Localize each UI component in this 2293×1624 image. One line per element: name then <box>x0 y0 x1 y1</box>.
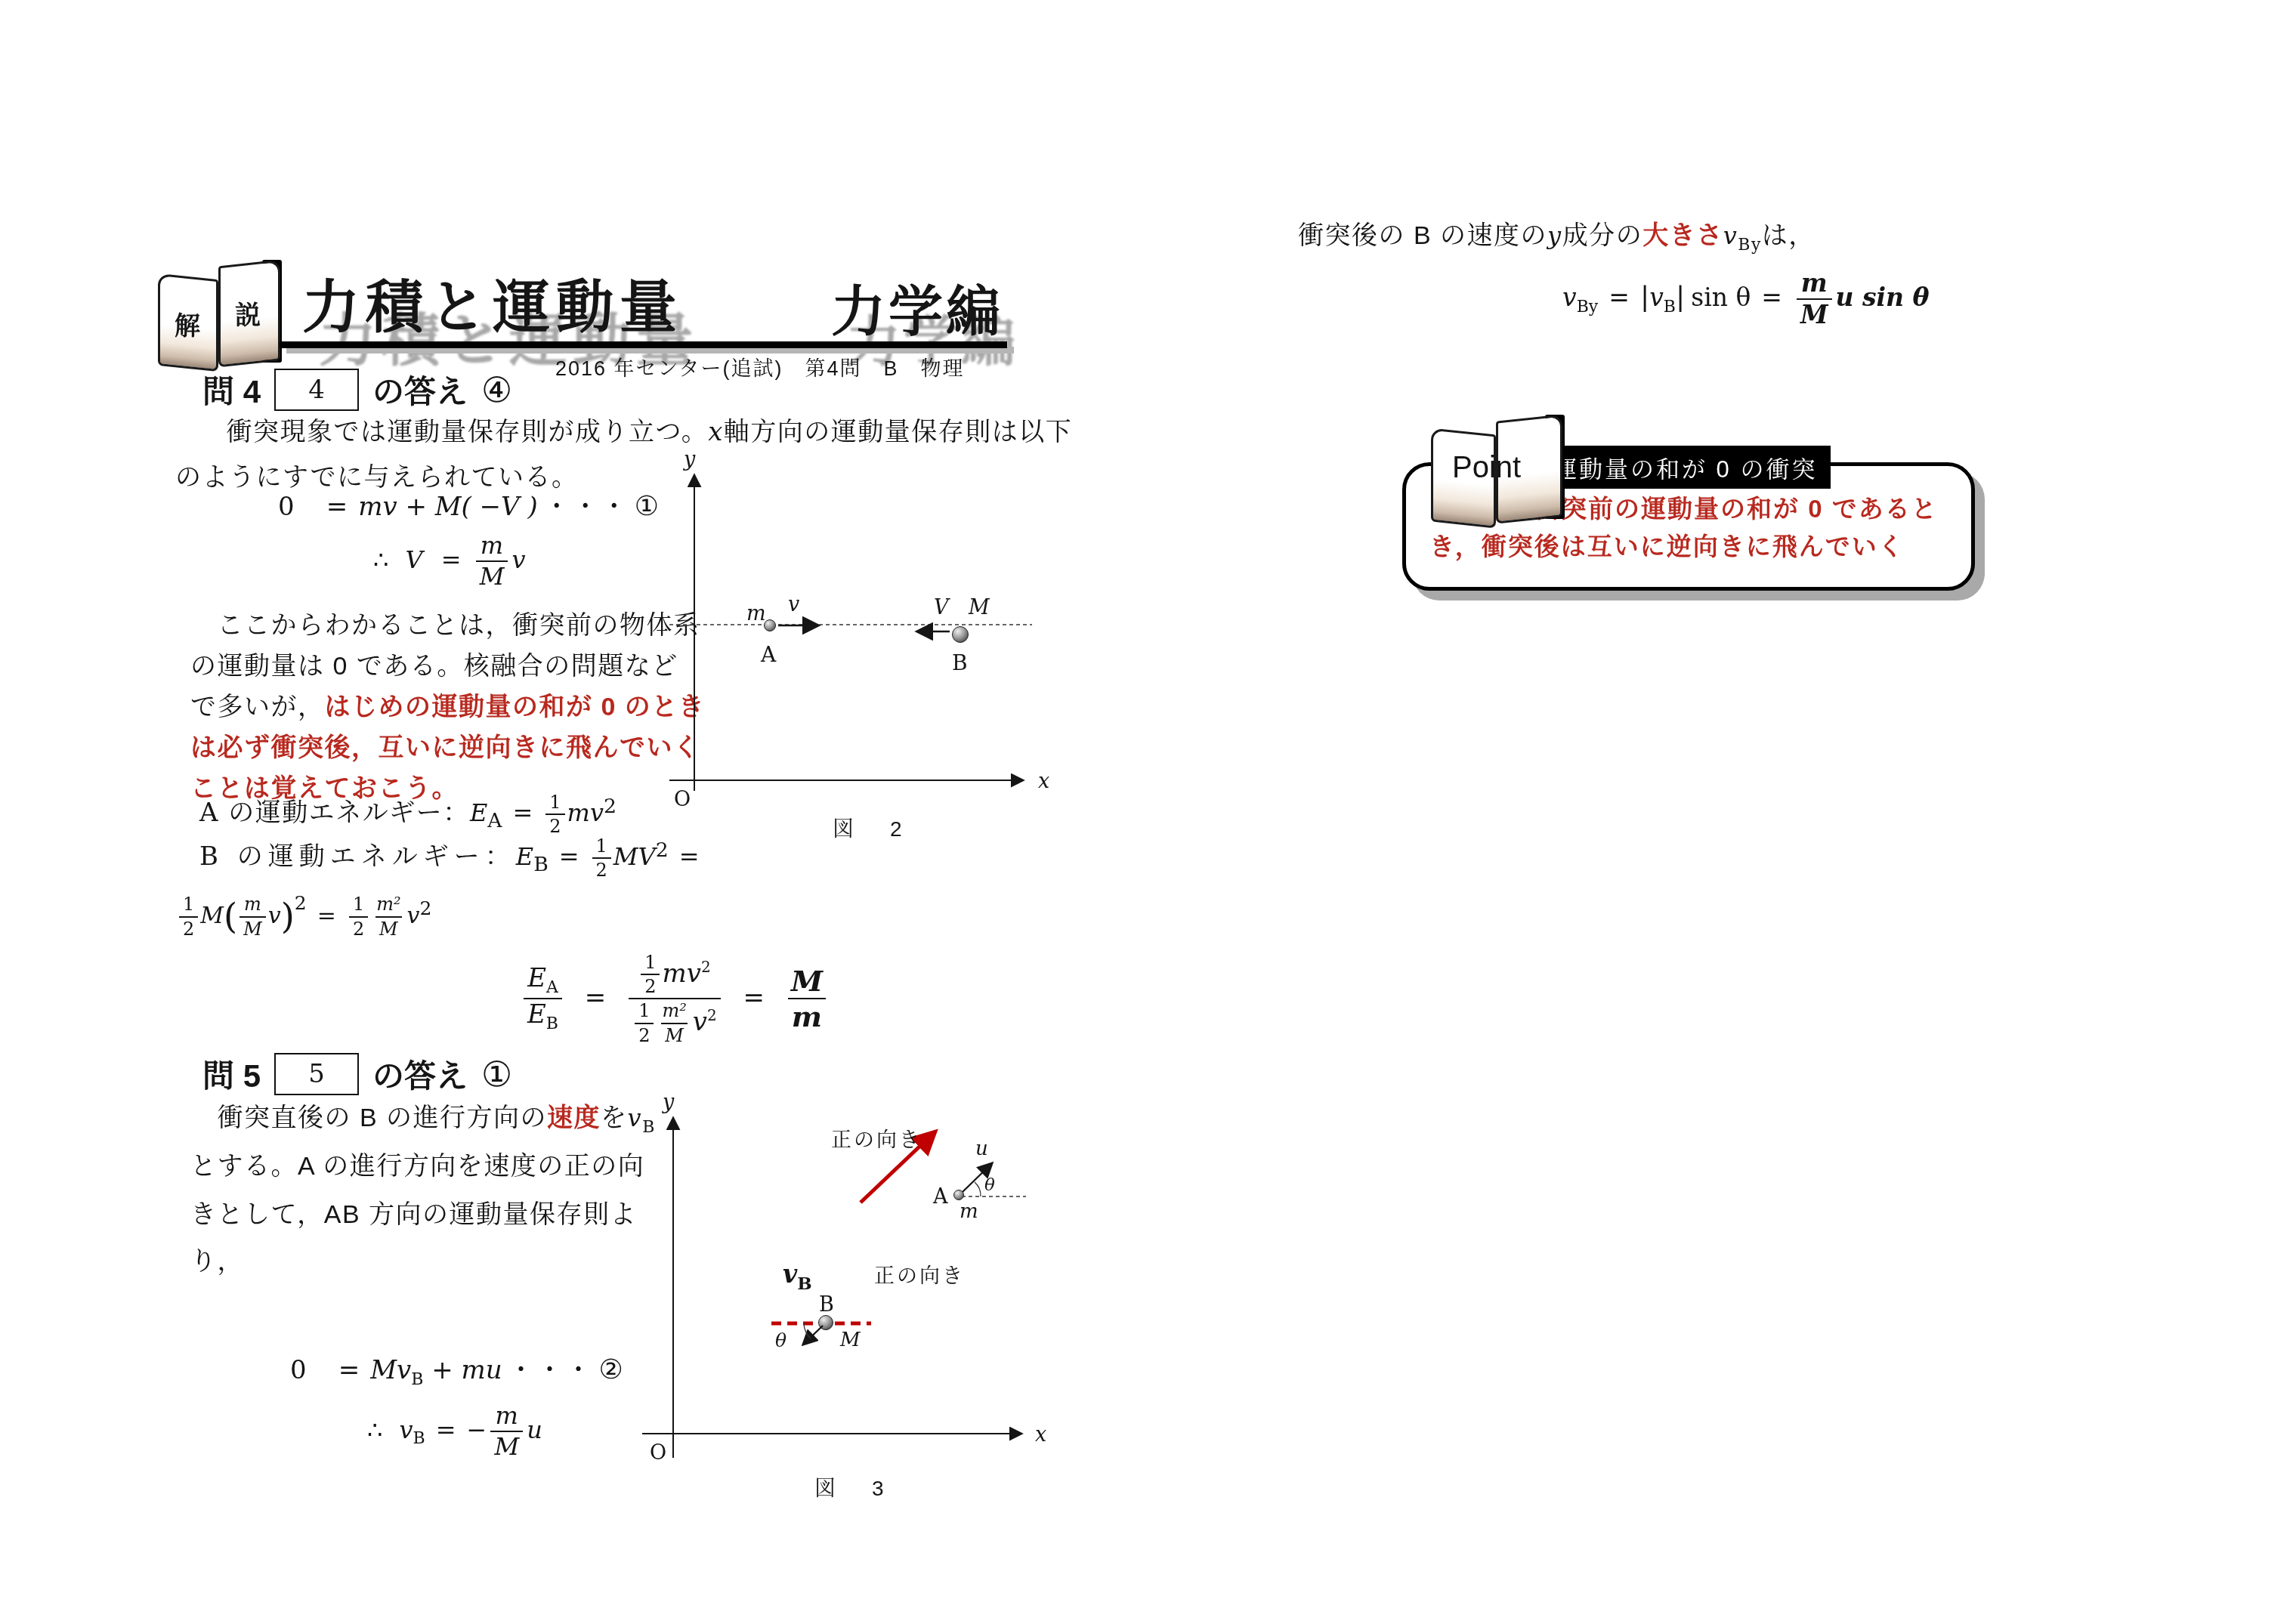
ratio-equals2: = <box>743 983 765 1013</box>
equation-energy-B: B の運動エネルギー：EB=12MV2= <box>199 837 710 880</box>
fig2-caption: 図 2 <box>833 817 910 841</box>
q5-suffix: の答え <box>372 1051 468 1097</box>
equation-momentum-x: 0=mv + M( −V )・・・① <box>278 491 659 522</box>
fig3-caption: 図 3 <box>814 1477 892 1500</box>
right-l1-c: は， <box>1762 221 1816 250</box>
q5eq2-v: v <box>400 1416 413 1444</box>
fig3-A-angle-arc <box>975 1182 981 1196</box>
figure-3: y x O 正の向き u θ A m 正の向き vB θ B M 図 3 <box>642 1095 1065 1511</box>
q5-l1-a: 衝突直後の B の進行方向の <box>190 1104 547 1132</box>
eb2-half2: 12 <box>349 895 368 938</box>
eq2-therefore: ∴ <box>373 545 388 574</box>
eq2-equals: = <box>441 545 462 574</box>
eq2-V: V <box>406 545 423 574</box>
ratio-middle: 12mv2 12m²Mv2 <box>629 953 721 1045</box>
energyA-label: A の運動エネルギー： <box>199 798 470 828</box>
fig3-origin-label: O <box>650 1441 666 1465</box>
vBy-fraction: mM <box>1797 270 1832 328</box>
energyA-sup: 2 <box>604 795 617 818</box>
right-l1-red: 大きさ <box>1642 221 1723 250</box>
fig2-B-label: B <box>952 650 968 675</box>
ratio-den-frac: m²M <box>658 1002 690 1045</box>
equation-momentum-AB: 0=MvB + mu・・・② <box>290 1354 623 1389</box>
eb2-inner-frac: mM <box>239 895 266 938</box>
q4-p1l1-x: x <box>708 417 724 447</box>
q5eq2-therefore: ∴ <box>367 1416 382 1444</box>
q4-p2l3-red: はじめの運動量の和が 0 のとき <box>325 693 706 721</box>
fig2-y-label: y <box>683 449 696 471</box>
q4-paragraph2-line1: ここからわかることは，衝突前の物体系 <box>190 610 700 641</box>
fig2-A-label: A <box>760 642 777 667</box>
ratio-den-half: 12 <box>635 1002 654 1045</box>
eq1-zero: 0 <box>278 492 295 522</box>
ratio-num-half: 12 <box>641 953 660 996</box>
eq1-body: mv + M( −V ) <box>358 492 538 522</box>
figure-2: y x O m v A V M B 図 2 <box>665 449 1065 846</box>
q4-answer-box: 4 <box>274 369 359 411</box>
q4-paragraph1-line1: 衝突現象では運動量保存則が成り立つ。x軸方向の運動量保存則は以下 <box>199 417 1072 448</box>
eq2-frac-den: M <box>476 560 508 590</box>
badge-left-char: 解 <box>175 305 200 342</box>
title-rule <box>280 341 1007 348</box>
q4-p1l1-a: 衝突現象では運動量保存則が成り立つ。 <box>199 418 708 446</box>
fig2-x-label: x <box>1038 770 1049 793</box>
eb2-sup1: 2 <box>295 892 307 914</box>
energyA-sub: A <box>487 809 502 832</box>
energyA-equals: = <box>513 798 533 827</box>
q5-line1: 衝突直後の B の進行方向の速度をvB <box>190 1103 656 1138</box>
kaisetsu-book-icon: 解 説 <box>155 257 283 370</box>
source-line: 2016 年センター(追試) 第4問 B 物理 <box>555 352 965 381</box>
fig3-positive-direction-red-label: 正の向き <box>831 1128 922 1151</box>
equation-energy-ratio: EAEB = 12mv2 12m²Mv2 = Mm <box>520 953 830 1045</box>
badge-right-char: 説 <box>235 295 261 332</box>
point-book-icon: Point <box>1426 410 1566 527</box>
q5-line2: とする。A の進行方向を速度の正の向 <box>190 1151 644 1182</box>
energyB-equals: = <box>559 842 579 871</box>
fig3-A-label: A <box>932 1185 948 1209</box>
energyA-body: mv <box>567 798 604 827</box>
q5-line4: り， <box>190 1246 244 1277</box>
equation-V-solution: ∴ V =mMv <box>373 533 525 589</box>
q5eq1-mu: + mu <box>423 1355 502 1385</box>
fig2-m-label: m <box>746 602 766 625</box>
vBy-v: v <box>1562 283 1577 312</box>
q4-p2l3-black: で多いが， <box>190 693 325 721</box>
energyB-tail-equals: = <box>679 842 700 871</box>
right-intro-line: 衝突後の B の速度のy成分の大きさvByは， <box>1298 221 1816 255</box>
q4-heading: 問 4 4 の答え ④ <box>202 367 512 412</box>
fig2-origin-label: O <box>674 788 691 811</box>
point-body-line2: き，衝突後は互いに逆向きに飛んでいく <box>1429 527 1905 563</box>
eb2-M: M <box>200 903 224 929</box>
eb2-inner-v: v <box>268 903 281 929</box>
eb2-sup2: 2 <box>420 897 432 919</box>
eb2-half1: 12 <box>179 895 198 938</box>
fig3-B-theta-label: θ <box>775 1329 786 1351</box>
fig2-V-label: V <box>934 596 950 619</box>
fig3-positive-direction-black-label: 正の向き <box>874 1264 965 1287</box>
q5eq2-fraction: mM <box>490 1403 523 1459</box>
q5eq1-equals: = <box>338 1355 360 1385</box>
eb2-paren-open: ( <box>224 896 237 937</box>
q4-label: 問 4 <box>202 367 261 412</box>
fig3-B-label: B <box>819 1293 834 1317</box>
fig3-M-label: M <box>839 1329 861 1351</box>
vBy-sub: By <box>1577 298 1599 316</box>
eq1-dots: ・・・ <box>544 492 630 522</box>
q5eq1-dots: ・・・ <box>508 1355 595 1385</box>
energyB-label: B の運動エネルギー： <box>199 841 516 872</box>
fig3-vB-arrow <box>803 1326 823 1345</box>
q5-l1-v: v <box>628 1104 643 1132</box>
eq2-fraction: mM <box>476 533 508 589</box>
ratio-num-body: mv <box>662 959 700 989</box>
q4-paragraph1-line2: のようにすでに与えられている。 <box>175 462 579 493</box>
edition-title: 力学編 <box>831 267 1003 346</box>
q4-suffix: の答え <box>372 367 468 412</box>
ratio-lhs: EAEB <box>524 965 562 1033</box>
q4-paragraph2-line3: で多いが，はじめの運動量の和が 0 のとき <box>190 692 705 723</box>
vBy-inner-sub: B <box>1664 298 1676 316</box>
eb2-equals: = <box>317 903 336 929</box>
energyA-E: E <box>470 798 487 827</box>
q5-answer-box: 5 <box>274 1053 359 1095</box>
fig2-ball-B <box>953 627 969 643</box>
right-l1-a: 衝突後の B の速度の <box>1298 221 1547 250</box>
eq2-frac-num: m <box>477 533 507 560</box>
q5eq2-equals: = <box>436 1416 456 1444</box>
energyB-body: MV <box>613 842 656 871</box>
q5-line3: きとして，AB 方向の運動量保存則よ <box>190 1199 637 1230</box>
q5-heading: 問 5 5 の答え ① <box>202 1051 512 1097</box>
fig3-u-label: u <box>975 1138 988 1160</box>
q5eq1-number-circle: ② <box>599 1354 623 1385</box>
q5-answer-mark: ① <box>481 1054 512 1095</box>
fig2-M-label: M <box>968 596 990 619</box>
right-l1-v: v <box>1723 221 1738 250</box>
q5eq2-sub: B <box>413 1429 425 1448</box>
fig3-y-label: y <box>662 1095 675 1114</box>
fig3-A-theta-label: θ <box>984 1175 995 1195</box>
ratio-den-body: v <box>693 1007 707 1037</box>
vBy-bar1: | <box>1640 280 1649 313</box>
energyB-sub: B <box>533 853 549 876</box>
eb2-v: v <box>407 903 420 929</box>
equation-vBy: vBy=|vB|sin θ=mMu sin θ <box>1562 270 1930 328</box>
eb2-m2M-frac: m²M <box>372 895 404 938</box>
equation-energy-A: A の運動エネルギー：EA=12mv2 <box>199 793 617 836</box>
equation-energy-B-expanded: 12M(mMv)2=12m²Mv2 <box>177 893 431 939</box>
q5eq1-sub: B <box>411 1370 423 1389</box>
vBy-tail: u sin θ <box>1836 283 1930 312</box>
eq1-number-circle: ① <box>635 491 659 522</box>
fig2-v-label: v <box>788 593 799 616</box>
equation-vB-solution: ∴ vB=−mMu <box>367 1403 542 1459</box>
q4-answer-mark: ④ <box>481 369 512 410</box>
q5eq2-minus: − <box>467 1416 487 1444</box>
vBy-equals1: = <box>1608 283 1630 312</box>
q5eq2-u: u <box>527 1416 542 1444</box>
fig3-x-label: x <box>1035 1423 1046 1446</box>
eq2-v: v <box>511 545 525 574</box>
q5eq1-Mv: Mv <box>370 1355 411 1385</box>
ratio-result: Mm <box>787 966 827 1032</box>
energyA-half: 12 <box>545 793 564 836</box>
vBy-sin1: sin θ <box>1691 283 1751 312</box>
document-page: 解 説 力積と運動量 力学編 2016 年センター(追試) 第4問 B 物理 問… <box>0 0 2293 1624</box>
q5eq1-zero: 0 <box>290 1355 307 1385</box>
q4-paragraph2-line4: は必ず衝突後，互いに逆向きに飛んでいく <box>190 733 700 764</box>
vBy-inner-v: v <box>1649 283 1664 312</box>
vBy-bar2: | <box>1676 280 1685 313</box>
page-title: 力積と運動量 <box>302 261 683 344</box>
q5-l1-b: を <box>601 1104 628 1132</box>
right-l1-sub: By <box>1738 236 1762 255</box>
fig2-ball-A <box>765 620 776 631</box>
q4-paragraph2-line2: の運動量は 0 である。核融合の問題など <box>190 651 678 682</box>
point-book-label: Point <box>1452 451 1521 485</box>
point-banner: 運動量の和が 0 の衝突 <box>1540 446 1831 489</box>
q5-label: 問 5 <box>202 1051 261 1097</box>
vBy-equals2: = <box>1761 283 1782 312</box>
ratio-equals1: = <box>585 983 607 1013</box>
energyB-E: E <box>516 842 533 871</box>
fig3-m-label: m <box>960 1200 978 1223</box>
right-l1-y: y <box>1547 221 1562 250</box>
q5-l1-red: 速度 <box>547 1104 601 1132</box>
eb2-paren-close: ) <box>281 896 295 937</box>
energyB-half: 12 <box>592 837 611 880</box>
eq1-equals: = <box>326 492 348 522</box>
right-l1-b: 成分の <box>1562 221 1643 250</box>
fig3-vB-label: vB <box>783 1259 812 1294</box>
q4-p1l1-b: 軸方向の運動量保存則は以下 <box>724 418 1073 446</box>
